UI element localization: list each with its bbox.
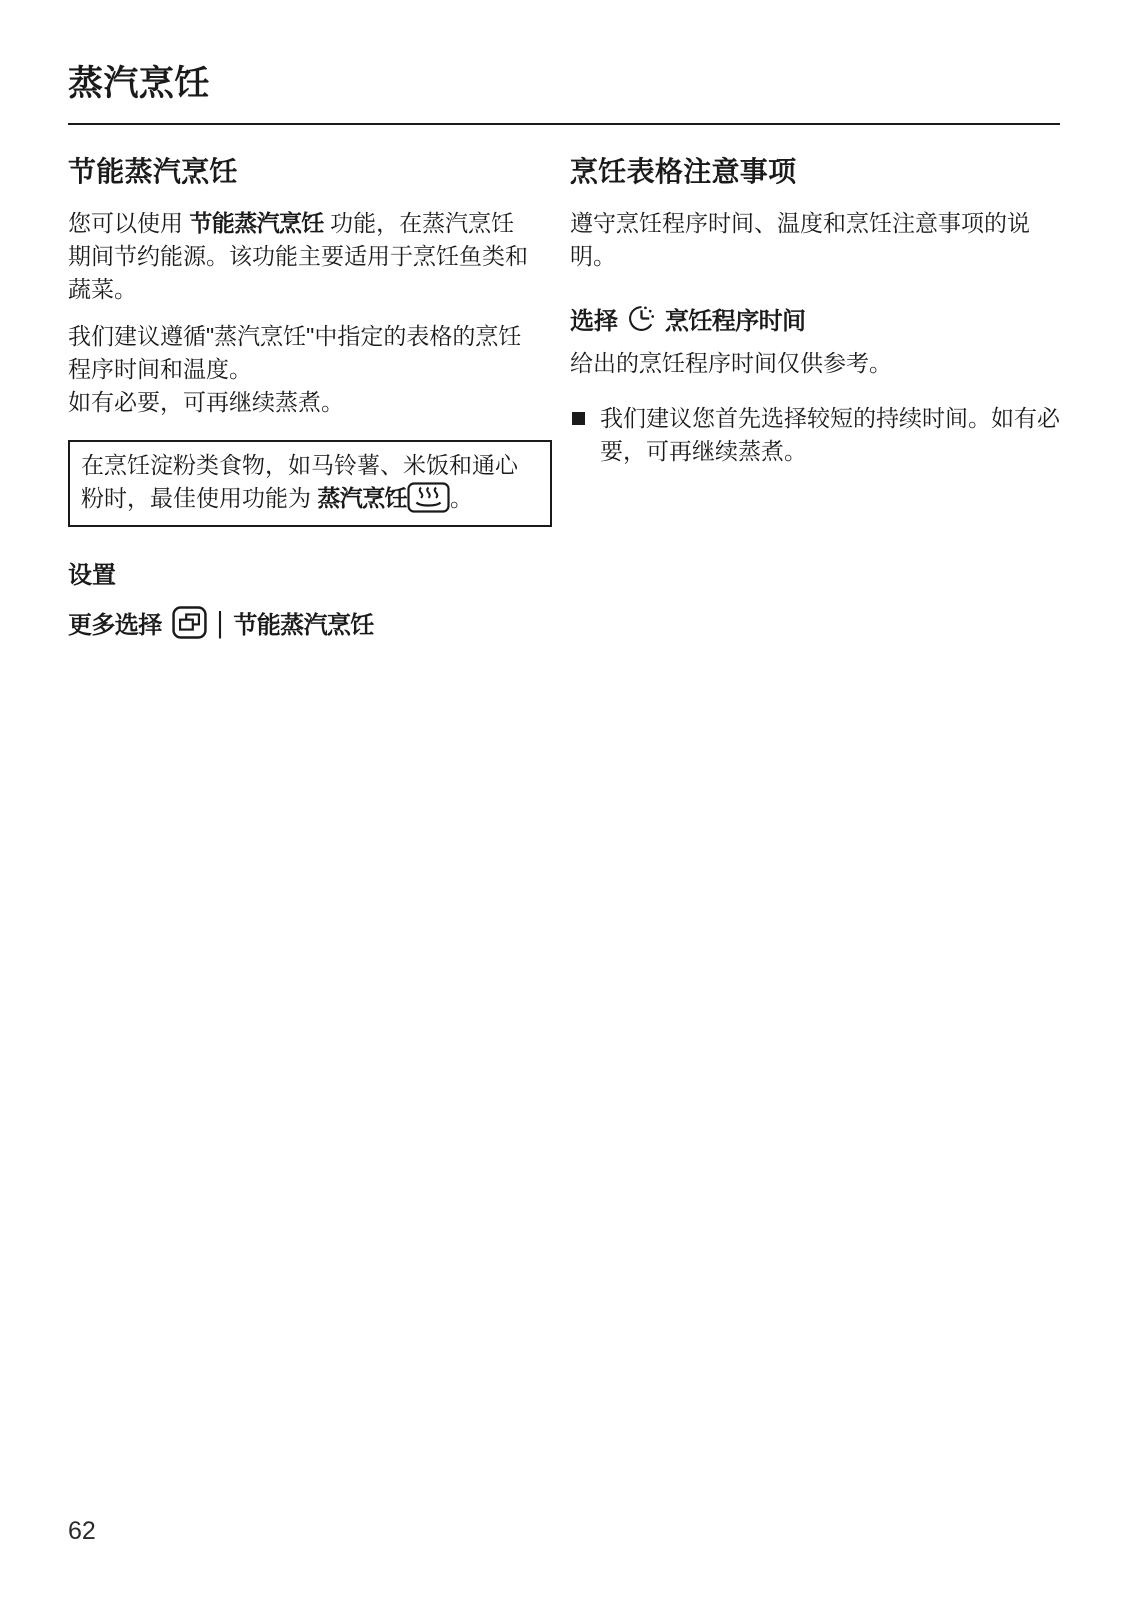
paragraph-observe-notes: 遵守烹饪程序时间、温度和烹饪注意事项的说明。 [570, 207, 1062, 273]
manual-page: 蒸汽烹饪 节能蒸汽烹饪 您可以使用 节能蒸汽烹饪 功能，在蒸汽烹饪期间节约能源。… [0, 0, 1128, 1600]
display-term-steam-cooking: 蒸汽烹饪 [317, 485, 407, 511]
page-title: 蒸汽烹饪 [68, 56, 1060, 106]
settings-path: 更多选择 | 节能蒸汽烹饪 [68, 605, 534, 640]
section-heading-eco-steam: 节能蒸汽烹饪 [68, 150, 534, 190]
right-column: 烹饪表格注意事项 遵守烹饪程序时间、温度和烹饪注意事项的说明。 选择 烹饪程序时… [570, 150, 1062, 640]
title-rule [68, 123, 1060, 125]
select-action-label: 选择 [570, 301, 618, 336]
settings-heading: 设置 [68, 555, 534, 590]
path-separator: | [217, 605, 224, 641]
paragraph-text: 您可以使用 [68, 210, 189, 236]
paragraph-line: 如有必要，可再继续蒸煮。 [68, 386, 534, 419]
page-content: 蒸汽烹饪 节能蒸汽烹饪 您可以使用 节能蒸汽烹饪 功能，在蒸汽烹饪期间节约能源。… [68, 56, 1060, 640]
settings-term-more-options: 更多选择 [68, 605, 162, 640]
note-text: 。 [450, 485, 473, 511]
duration-term-label: 烹饪程序时间 [665, 301, 805, 336]
bullet-text: 我们建议您首先选择较短的持续时间。如有必要，可再继续蒸煮。 [600, 402, 1062, 468]
page-number: 62 [68, 1517, 96, 1546]
paragraph-recommendation: 我们建议遵循"蒸汽烹饪"中指定的表格的烹饪程序时间和温度。 如有必要，可再继续蒸… [68, 320, 534, 419]
more-options-icon [172, 606, 207, 639]
note-box-starchy-foods: 在烹饪淀粉类食物，如马铃薯、米饭和通心粉时，最佳使用功能为 蒸汽烹饪 。 [68, 440, 552, 527]
square-bullet [572, 412, 585, 425]
paragraph-guideline: 给出的烹饪程序时间仅供参考。 [570, 347, 1062, 380]
left-column: 节能蒸汽烹饪 您可以使用 节能蒸汽烹饪 功能，在蒸汽烹饪期间节约能源。该功能主要… [68, 150, 534, 640]
clock-duration-icon [627, 304, 656, 333]
settings-term-eco-steam: 节能蒸汽烹饪 [233, 605, 373, 640]
display-term-eco-steam: 节能蒸汽烹饪 [189, 210, 323, 236]
steam-function-icon [407, 482, 450, 513]
paragraph-eco-steam-intro: 您可以使用 节能蒸汽烹饪 功能，在蒸汽烹饪期间节约能源。该功能主要适用于烹饪鱼类… [68, 207, 534, 306]
section-heading-cooking-tables: 烹饪表格注意事项 [570, 150, 1062, 190]
two-column-layout: 节能蒸汽烹饪 您可以使用 节能蒸汽烹饪 功能，在蒸汽烹饪期间节约能源。该功能主要… [68, 150, 1060, 640]
bullet-list-item: 我们建议您首先选择较短的持续时间。如有必要，可再继续蒸煮。 [570, 402, 1062, 468]
paragraph-line: 我们建议遵循"蒸汽烹饪"中指定的表格的烹饪程序时间和温度。 [68, 320, 534, 386]
select-duration-subheading: 选择 烹饪程序时间 [570, 301, 1062, 336]
